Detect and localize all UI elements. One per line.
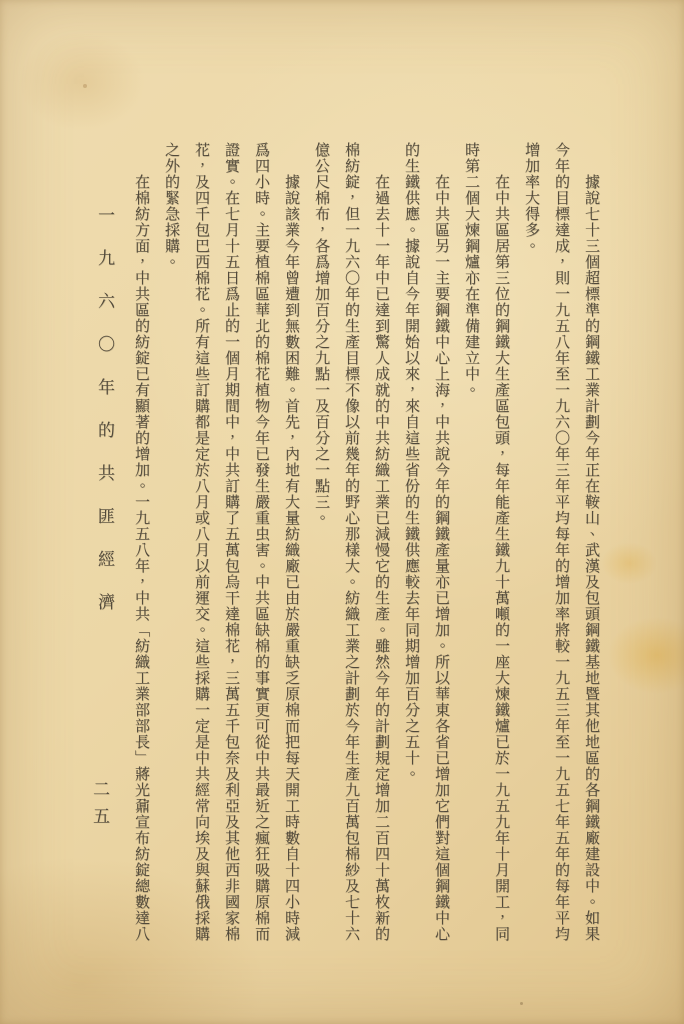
paper-speck: [520, 1002, 523, 1005]
body-text: 據說七十三個超標準的鋼鐵工業計劃今年正在鞍山、武漢及包頭鋼鐵基地暨其他地區的各鋼…: [126, 142, 606, 948]
book-page: 據說七十三個超標準的鋼鐵工業計劃今年正在鞍山、武漢及包頭鋼鐵基地暨其他地區的各鋼…: [0, 0, 684, 1024]
paragraph-cotton-crisis: 據說該業今年曾遭到無數困難。首先，內地有大量紡織廠已由於嚴重缺乏原棉而把每天開工…: [156, 142, 306, 948]
paper-speck: [83, 84, 87, 88]
paragraph-shanghai: 在中共區另一主要鋼鐵中心上海，中共說今年的鋼鐵產量亦已增加。所以華東各省已增加它…: [396, 142, 456, 948]
paragraph-baotou: 在中共區居第三位的鋼鐵大生產區包頭，每年能產生鐵九十萬噸的一座大煉鐵爐已於一九五…: [456, 142, 516, 948]
paragraph-textile-plan: 在過去十一年中已達到驚人成就的中共紡織工業已減慢它的生產。雖然今年的計劃規定增加…: [306, 142, 396, 948]
paragraph-steel-plan: 據說七十三個超標準的鋼鐵工業計劃今年正在鞍山、武漢及包頭鋼鐵基地暨其他地區的各鋼…: [516, 142, 606, 948]
paragraph-spindles: 在棉紡方面，中共區的紡錠已有顯著的增加。一九五八年，中共「紡織工業部部長」蔣光鼐…: [126, 142, 156, 948]
running-title: 一九六〇年的共匪經濟: [92, 206, 117, 636]
page-number: 二五: [87, 780, 112, 834]
